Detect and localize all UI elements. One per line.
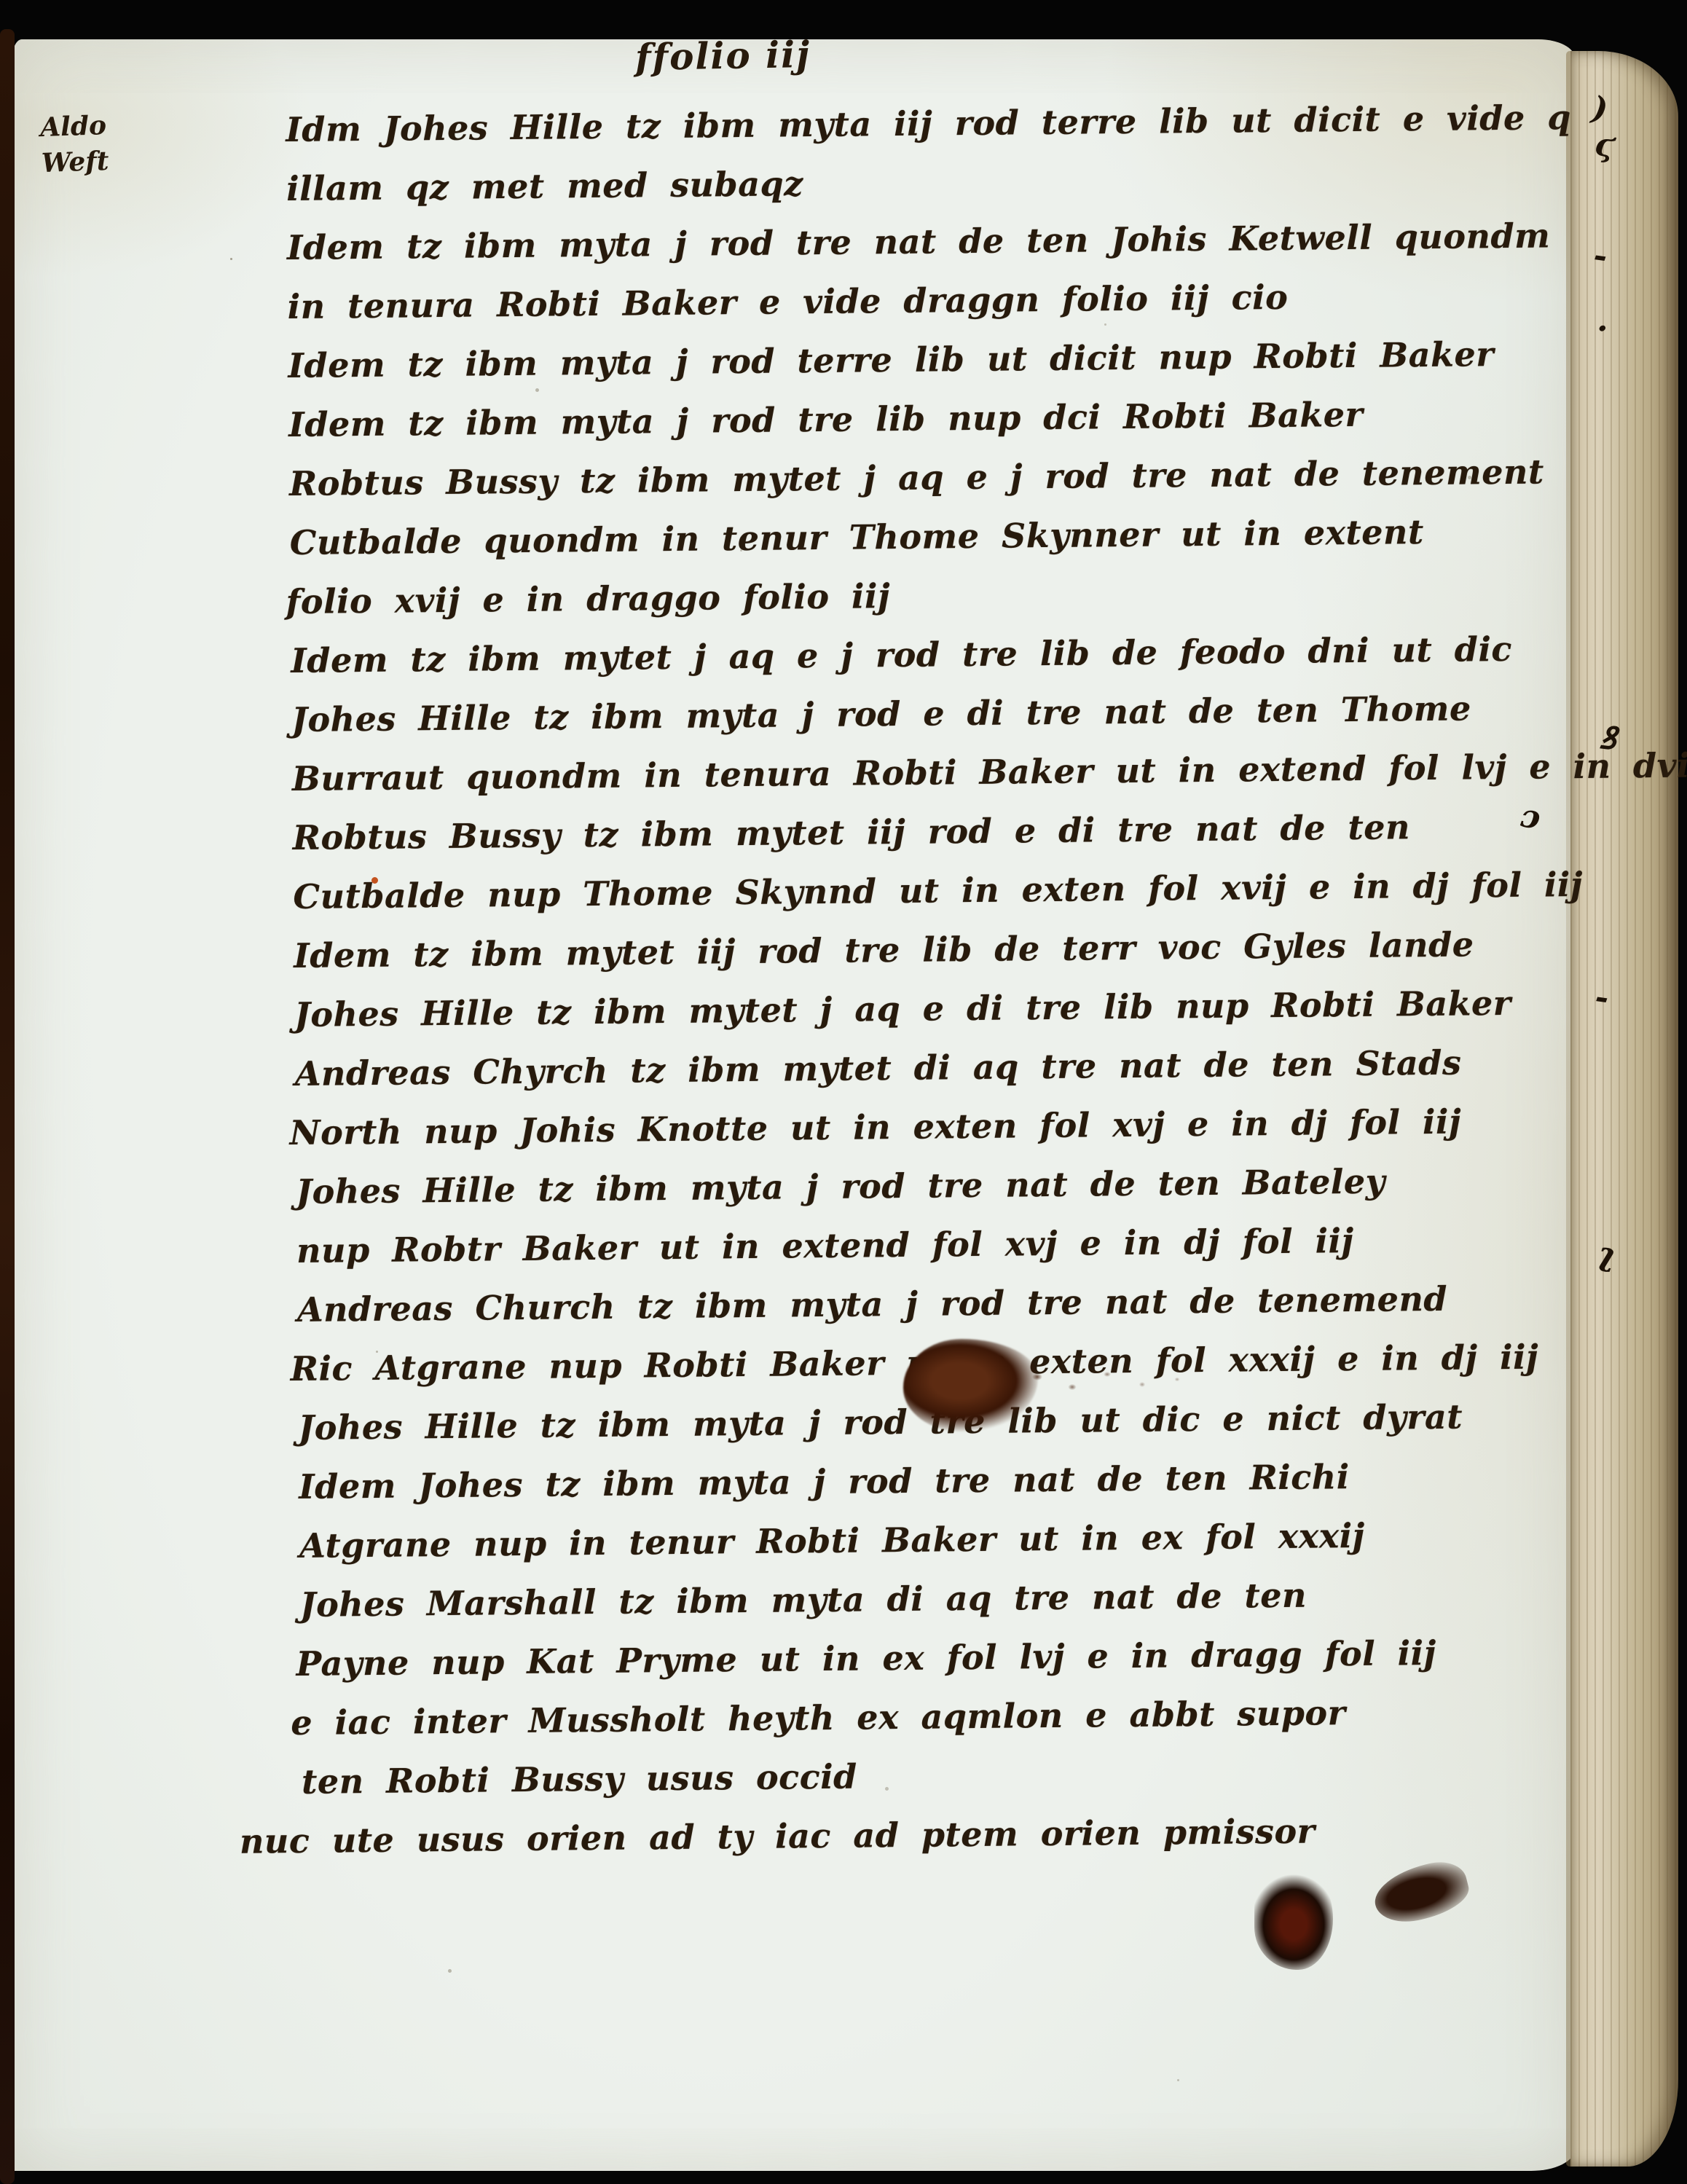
ink-blot-spatter-trail xyxy=(1020,1356,1195,1407)
paper-specks xyxy=(230,258,232,260)
manuscript-photo: ffolio iij Aldo Weft Idm Johes Hille tz … xyxy=(0,0,1687,2184)
book-fore-edge-leaves xyxy=(1570,51,1678,2167)
margin-note: Aldo Weft xyxy=(39,106,173,181)
margin-note-line-2: Weft xyxy=(41,141,173,181)
ink-blot-bottom xyxy=(1254,1869,1333,1970)
margin-note-line-1: Aldo xyxy=(39,106,172,146)
folio-header: ffolio iij xyxy=(635,36,811,76)
manuscript-text-block: Idm Johes Hille tz ibm myta iij rod terr… xyxy=(286,88,1584,1871)
binding-gutter-edge xyxy=(0,29,15,2184)
